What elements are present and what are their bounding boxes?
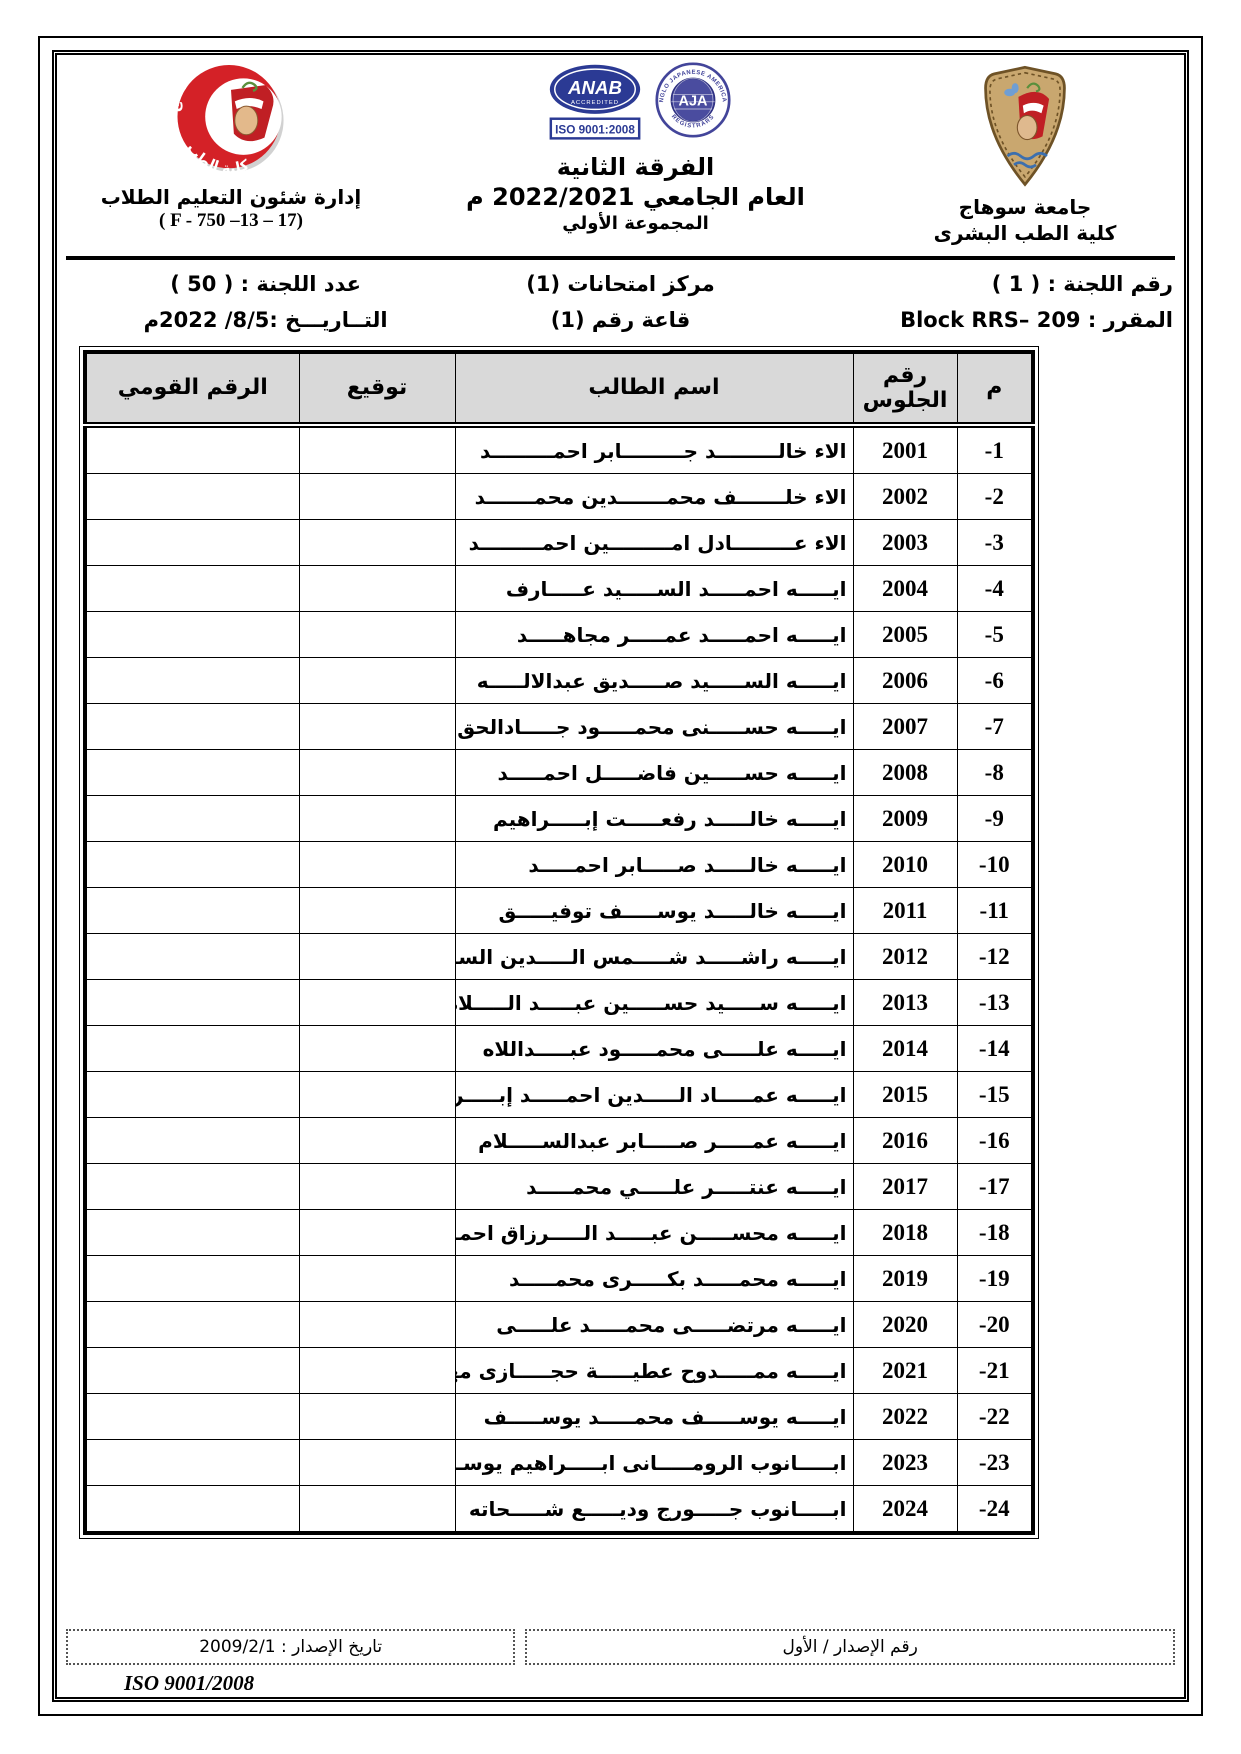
row-index: -2 xyxy=(957,474,1033,520)
student-row: -17 2017 ايـــــه عنتـــــر علـــــي محم… xyxy=(85,1164,1033,1210)
student-name: ايـــــه ممـــــدوح عطيـــــة حجـــــازى… xyxy=(455,1348,853,1394)
student-name: ايـــــه محمـــــد بكـــــرى محمـــــد xyxy=(455,1256,853,1302)
student-row: -5 2005 ايـــــه احمـــــد عمـــــر مجاه… xyxy=(85,612,1033,658)
national-id-cell xyxy=(85,1256,299,1302)
signature-cell xyxy=(299,1486,455,1534)
student-row: -16 2016 ايـــــه عمـــــر صـــــابر عبد… xyxy=(85,1118,1033,1164)
student-name: ايـــــه راشـــــد شـــــمس الـــــدين ا… xyxy=(455,934,853,980)
national-id-cell xyxy=(85,520,299,566)
row-index: -11 xyxy=(957,888,1033,934)
student-name: ايـــــه يوســـــف محمـــــد يوســـــف xyxy=(455,1394,853,1440)
seat-number: 2002 xyxy=(853,474,957,520)
issue-number-box: رقم الإصدار / الأول xyxy=(525,1629,1175,1665)
row-index: -23 xyxy=(957,1440,1033,1486)
student-row: -21 2021 ايـــــه ممـــــدوح عطيـــــة ح… xyxy=(85,1348,1033,1394)
student-name: ايـــــه الســـــيد صـــــديق عبدالالـــ… xyxy=(455,658,853,704)
seat-number: 2001 xyxy=(853,425,957,474)
sohag-university-shield-icon xyxy=(969,64,1081,190)
row-index: -20 xyxy=(957,1302,1033,1348)
row-index: -12 xyxy=(957,934,1033,980)
student-name: ايـــــه خالـــــد يوســـــف توفيـــــق xyxy=(455,888,853,934)
row-index: -4 xyxy=(957,566,1033,612)
student-name: ايـــــه عنتـــــر علـــــي محمـــــد xyxy=(455,1164,853,1210)
row-index: -24 xyxy=(957,1486,1033,1534)
col-header-name: اسم الطالب xyxy=(455,352,853,425)
signature-cell xyxy=(299,980,455,1026)
national-id-cell xyxy=(85,934,299,980)
students-table: م رقم الجلوس اسم الطالب توقيع الرقم القو… xyxy=(83,350,1035,1535)
university-name: جامعة سوهاج xyxy=(875,194,1175,220)
seat-number: 2015 xyxy=(853,1072,957,1118)
student-name: ايـــــه حســـــين فاضـــــل احمـــــد xyxy=(455,750,853,796)
student-row: -2 2002 الاء خلـــــــف محمـــــــدين مح… xyxy=(85,474,1033,520)
row-index: -21 xyxy=(957,1348,1033,1394)
student-name: ايـــــه ســـــيد حســـــين عبـــــد الـ… xyxy=(455,980,853,1026)
signature-cell xyxy=(299,704,455,750)
signature-cell xyxy=(299,1348,455,1394)
row-index: -16 xyxy=(957,1118,1033,1164)
course-name: المقرر : Block RRS– 209 xyxy=(776,308,1175,332)
seat-number: 2010 xyxy=(853,842,957,888)
national-id-cell xyxy=(85,750,299,796)
col-header-signature: توقيع xyxy=(299,352,455,425)
iso-9001-label: ISO 9001:2008 xyxy=(555,123,635,136)
row-index: -7 xyxy=(957,704,1033,750)
signature-cell xyxy=(299,888,455,934)
student-row: -3 2003 الاء عـــــــــادل امـــــــــين… xyxy=(85,520,1033,566)
student-row: -8 2008 ايـــــه حســـــين فاضـــــل احم… xyxy=(85,750,1033,796)
academic-year-title: العام الجامعي 2022/2021 م xyxy=(441,182,831,212)
seat-number: 2022 xyxy=(853,1394,957,1440)
exam-date: التــاريـــخ :8/5/ 2022م xyxy=(66,308,465,332)
seat-number: 2023 xyxy=(853,1440,957,1486)
header-divider xyxy=(66,256,1175,260)
student-row: -15 2015 ايـــــه عمـــــاد الـــــدين ا… xyxy=(85,1072,1033,1118)
national-id-cell xyxy=(85,888,299,934)
student-row: -24 2024 ابـــــانوب جـــــورج وديـــــع… xyxy=(85,1486,1033,1534)
national-id-cell xyxy=(85,796,299,842)
issue-date-box: تاريخ الإصدار : 2009/2/1 xyxy=(66,1629,515,1665)
national-id-cell xyxy=(85,1210,299,1256)
row-index: -5 xyxy=(957,612,1033,658)
student-row: -7 2007 ايـــــه حســـــنى محمـــــود جـ… xyxy=(85,704,1033,750)
row-index: -6 xyxy=(957,658,1033,704)
student-row: -1 2001 الاء خالـــــــــد جـــــــــابر… xyxy=(85,425,1033,474)
faculty-crescent-logo-icon: جامعة سوهاج كلية الطب xyxy=(145,58,317,180)
student-row: -20 2020 ايـــــه مرتضـــــى محمـــــد ع… xyxy=(85,1302,1033,1348)
anab-iso-logo-icon: ANAB ACCREDITED ISO 9001:2008 xyxy=(541,62,649,146)
aja-registrars-logo-icon: ANGLO JAPANESE AMERICAN REGISTRARS AJA xyxy=(655,62,731,138)
seat-number: 2020 xyxy=(853,1302,957,1348)
accreditation-logos: ANAB ACCREDITED ISO 9001:2008 ANGLO JAPA… xyxy=(441,62,831,146)
signature-cell xyxy=(299,1302,455,1348)
student-name: ايـــــه عمـــــاد الـــــدين احمـــــد … xyxy=(455,1072,853,1118)
student-row: -10 2010 ايـــــه خالـــــد صـــــابر اح… xyxy=(85,842,1033,888)
national-id-cell xyxy=(85,658,299,704)
student-row: -19 2019 ايـــــه محمـــــد بكـــــرى مح… xyxy=(85,1256,1033,1302)
iso-standard-label: ISO 9001/2008 xyxy=(124,1671,1175,1696)
row-index: -15 xyxy=(957,1072,1033,1118)
seat-number: 2003 xyxy=(853,520,957,566)
student-name: ايـــــه حســـــنى محمـــــود جـــــادال… xyxy=(455,704,853,750)
national-id-cell xyxy=(85,1072,299,1118)
row-index: -18 xyxy=(957,1210,1033,1256)
national-id-cell xyxy=(85,1164,299,1210)
row-index: -8 xyxy=(957,750,1033,796)
seat-number: 2018 xyxy=(853,1210,957,1256)
signature-cell xyxy=(299,658,455,704)
student-name: ايـــــه مرتضـــــى محمـــــد علـــــى xyxy=(455,1302,853,1348)
header-right: جامعة سوهاج كلية الطب البشرى xyxy=(875,58,1175,246)
seat-number: 2008 xyxy=(853,750,957,796)
seat-number: 2006 xyxy=(853,658,957,704)
signature-cell xyxy=(299,474,455,520)
seat-number: 2017 xyxy=(853,1164,957,1210)
anab-accredited-label: ACCREDITED xyxy=(570,100,618,106)
students-table-wrap: م رقم الجلوس اسم الطالب توقيع الرقم القو… xyxy=(66,350,1175,1535)
row-index: -10 xyxy=(957,842,1033,888)
seat-number: 2012 xyxy=(853,934,957,980)
student-name: الاء خالـــــــــد جـــــــــابر احمــــ… xyxy=(455,425,853,474)
seat-number: 2009 xyxy=(853,796,957,842)
student-row: -22 2022 ايـــــه يوســـــف محمـــــد يو… xyxy=(85,1394,1033,1440)
national-id-cell xyxy=(85,1302,299,1348)
student-affairs-office-label: إدارة شئون التعليم الطلاب xyxy=(66,184,396,210)
student-name: الاء خلـــــــف محمـــــــدين محمـــــــ… xyxy=(455,474,853,520)
signature-cell xyxy=(299,1026,455,1072)
signature-cell xyxy=(299,934,455,980)
student-name: ابـــــانوب الرومـــــانى ابـــــراهيم ي… xyxy=(455,1440,853,1486)
seat-number: 2013 xyxy=(853,980,957,1026)
row-index: -9 xyxy=(957,796,1033,842)
seat-number: 2014 xyxy=(853,1026,957,1072)
exam-info: رقم اللجنة : ( 1 ) مركز امتحانات (1) عدد… xyxy=(66,272,1175,332)
national-id-cell xyxy=(85,842,299,888)
student-name: ايـــــه احمـــــد عمـــــر مجاهـــــد xyxy=(455,612,853,658)
student-name: ايـــــه علـــــى محمـــــود عبـــــدالل… xyxy=(455,1026,853,1072)
seat-number: 2007 xyxy=(853,704,957,750)
signature-cell xyxy=(299,520,455,566)
signature-cell xyxy=(299,750,455,796)
national-id-cell xyxy=(85,704,299,750)
national-id-cell xyxy=(85,980,299,1026)
faculty-name: كلية الطب البشرى xyxy=(875,220,1175,246)
header: جامعة سوهاج كلية الطب البشرى ANAB ACCRED… xyxy=(66,58,1175,254)
anab-label: ANAB xyxy=(567,77,622,98)
signature-cell xyxy=(299,842,455,888)
student-name: ايـــــه خالـــــد رفعـــــت إبـــــراهي… xyxy=(455,796,853,842)
national-id-cell xyxy=(85,474,299,520)
national-id-cell xyxy=(85,612,299,658)
signature-cell xyxy=(299,1164,455,1210)
col-header-national-id: الرقم القومي xyxy=(85,352,299,425)
committee-number: رقم اللجنة : ( 1 ) xyxy=(776,272,1175,296)
signature-cell xyxy=(299,1210,455,1256)
signature-cell xyxy=(299,1072,455,1118)
row-index: -19 xyxy=(957,1256,1033,1302)
student-row: -11 2011 ايـــــه خالـــــد يوســـــف تو… xyxy=(85,888,1033,934)
row-index: -14 xyxy=(957,1026,1033,1072)
student-name: ايـــــه خالـــــد صـــــابر احمـــــد xyxy=(455,842,853,888)
national-id-cell xyxy=(85,1348,299,1394)
student-row: -12 2012 ايـــــه راشـــــد شـــــمس الـ… xyxy=(85,934,1033,980)
seat-number: 2019 xyxy=(853,1256,957,1302)
student-row: -4 2004 ايـــــه احمـــــد الســـــيد عـ… xyxy=(85,566,1033,612)
student-row: -9 2009 ايـــــه خالـــــد رفعـــــت إبـ… xyxy=(85,796,1033,842)
signature-cell xyxy=(299,1440,455,1486)
student-row: -14 2014 ايـــــه علـــــى محمـــــود عب… xyxy=(85,1026,1033,1072)
committee-count: عدد اللجنة : ( 50 ) xyxy=(66,272,465,296)
signature-cell xyxy=(299,1256,455,1302)
hall-number: قاعة رقم (1) xyxy=(465,308,776,332)
header-center: ANAB ACCREDITED ISO 9001:2008 ANGLO JAPA… xyxy=(441,58,831,235)
row-index: -3 xyxy=(957,520,1033,566)
signature-cell xyxy=(299,796,455,842)
student-name: ايـــــه محســـــن عبـــــد الـــــرزاق … xyxy=(455,1210,853,1256)
row-index: -1 xyxy=(957,425,1033,474)
signature-cell xyxy=(299,612,455,658)
student-name: ابـــــانوب جـــــورج وديـــــع شـــــحا… xyxy=(455,1486,853,1534)
group-title: المجموعة الأولي xyxy=(441,212,831,235)
seat-number: 2024 xyxy=(853,1486,957,1534)
row-index: -13 xyxy=(957,980,1033,1026)
issue-date-label: تاريخ الإصدار : 2009/2/1 xyxy=(199,1637,382,1657)
table-header-row: م رقم الجلوس اسم الطالب توقيع الرقم القو… xyxy=(85,352,1033,425)
seat-number: 2016 xyxy=(853,1118,957,1164)
row-index: -22 xyxy=(957,1394,1033,1440)
col-header-seat: رقم الجلوس xyxy=(853,352,957,425)
exam-attendance-sheet: جامعة سوهاج كلية الطب البشرى ANAB ACCRED… xyxy=(0,0,1241,1754)
national-id-cell xyxy=(85,1026,299,1072)
header-left: جامعة سوهاج كلية الطب إدارة شئون التعليم… xyxy=(66,58,396,232)
seat-number: 2011 xyxy=(853,888,957,934)
row-index: -17 xyxy=(957,1164,1033,1210)
student-name: ايـــــه احمـــــد الســـــيد عـــــارف xyxy=(455,566,853,612)
student-name: ايـــــه عمـــــر صـــــابر عبدالســـــل… xyxy=(455,1118,853,1164)
signature-cell xyxy=(299,1394,455,1440)
aja-label: AJA xyxy=(678,93,707,109)
footer: رقم الإصدار / الأول تاريخ الإصدار : 2009… xyxy=(66,1629,1175,1696)
seat-number: 2005 xyxy=(853,612,957,658)
signature-cell xyxy=(299,566,455,612)
signature-cell xyxy=(299,425,455,474)
national-id-cell xyxy=(85,1394,299,1440)
national-id-cell xyxy=(85,566,299,612)
footer-boxes: رقم الإصدار / الأول تاريخ الإصدار : 2009… xyxy=(66,1629,1175,1665)
seat-number: 2004 xyxy=(853,566,957,612)
exam-center: مركز امتحانات (1) xyxy=(465,272,776,296)
national-id-cell xyxy=(85,1486,299,1534)
student-row: -23 2023 ابـــــانوب الرومـــــانى ابـــ… xyxy=(85,1440,1033,1486)
students-table-body: -1 2001 الاء خالـــــــــد جـــــــــابر… xyxy=(85,425,1033,1533)
national-id-cell xyxy=(85,1440,299,1486)
page-content: جامعة سوهاج كلية الطب البشرى ANAB ACCRED… xyxy=(66,58,1175,1696)
col-header-index: م xyxy=(957,352,1033,425)
grade-title: الفرقة الثانية xyxy=(441,152,831,182)
issue-number-label: رقم الإصدار / الأول xyxy=(783,1637,918,1657)
seat-number: 2021 xyxy=(853,1348,957,1394)
student-row: -6 2006 ايـــــه الســـــيد صـــــديق عب… xyxy=(85,658,1033,704)
student-row: -18 2018 ايـــــه محســـــن عبـــــد الـ… xyxy=(85,1210,1033,1256)
signature-cell xyxy=(299,1118,455,1164)
student-row: -13 2013 ايـــــه ســـــيد حســـــين عبـ… xyxy=(85,980,1033,1026)
form-code: ( F - 750 –13 – 17) xyxy=(66,210,396,232)
student-name: الاء عـــــــــادل امـــــــــين احمــــ… xyxy=(455,520,853,566)
national-id-cell xyxy=(85,425,299,474)
national-id-cell xyxy=(85,1118,299,1164)
